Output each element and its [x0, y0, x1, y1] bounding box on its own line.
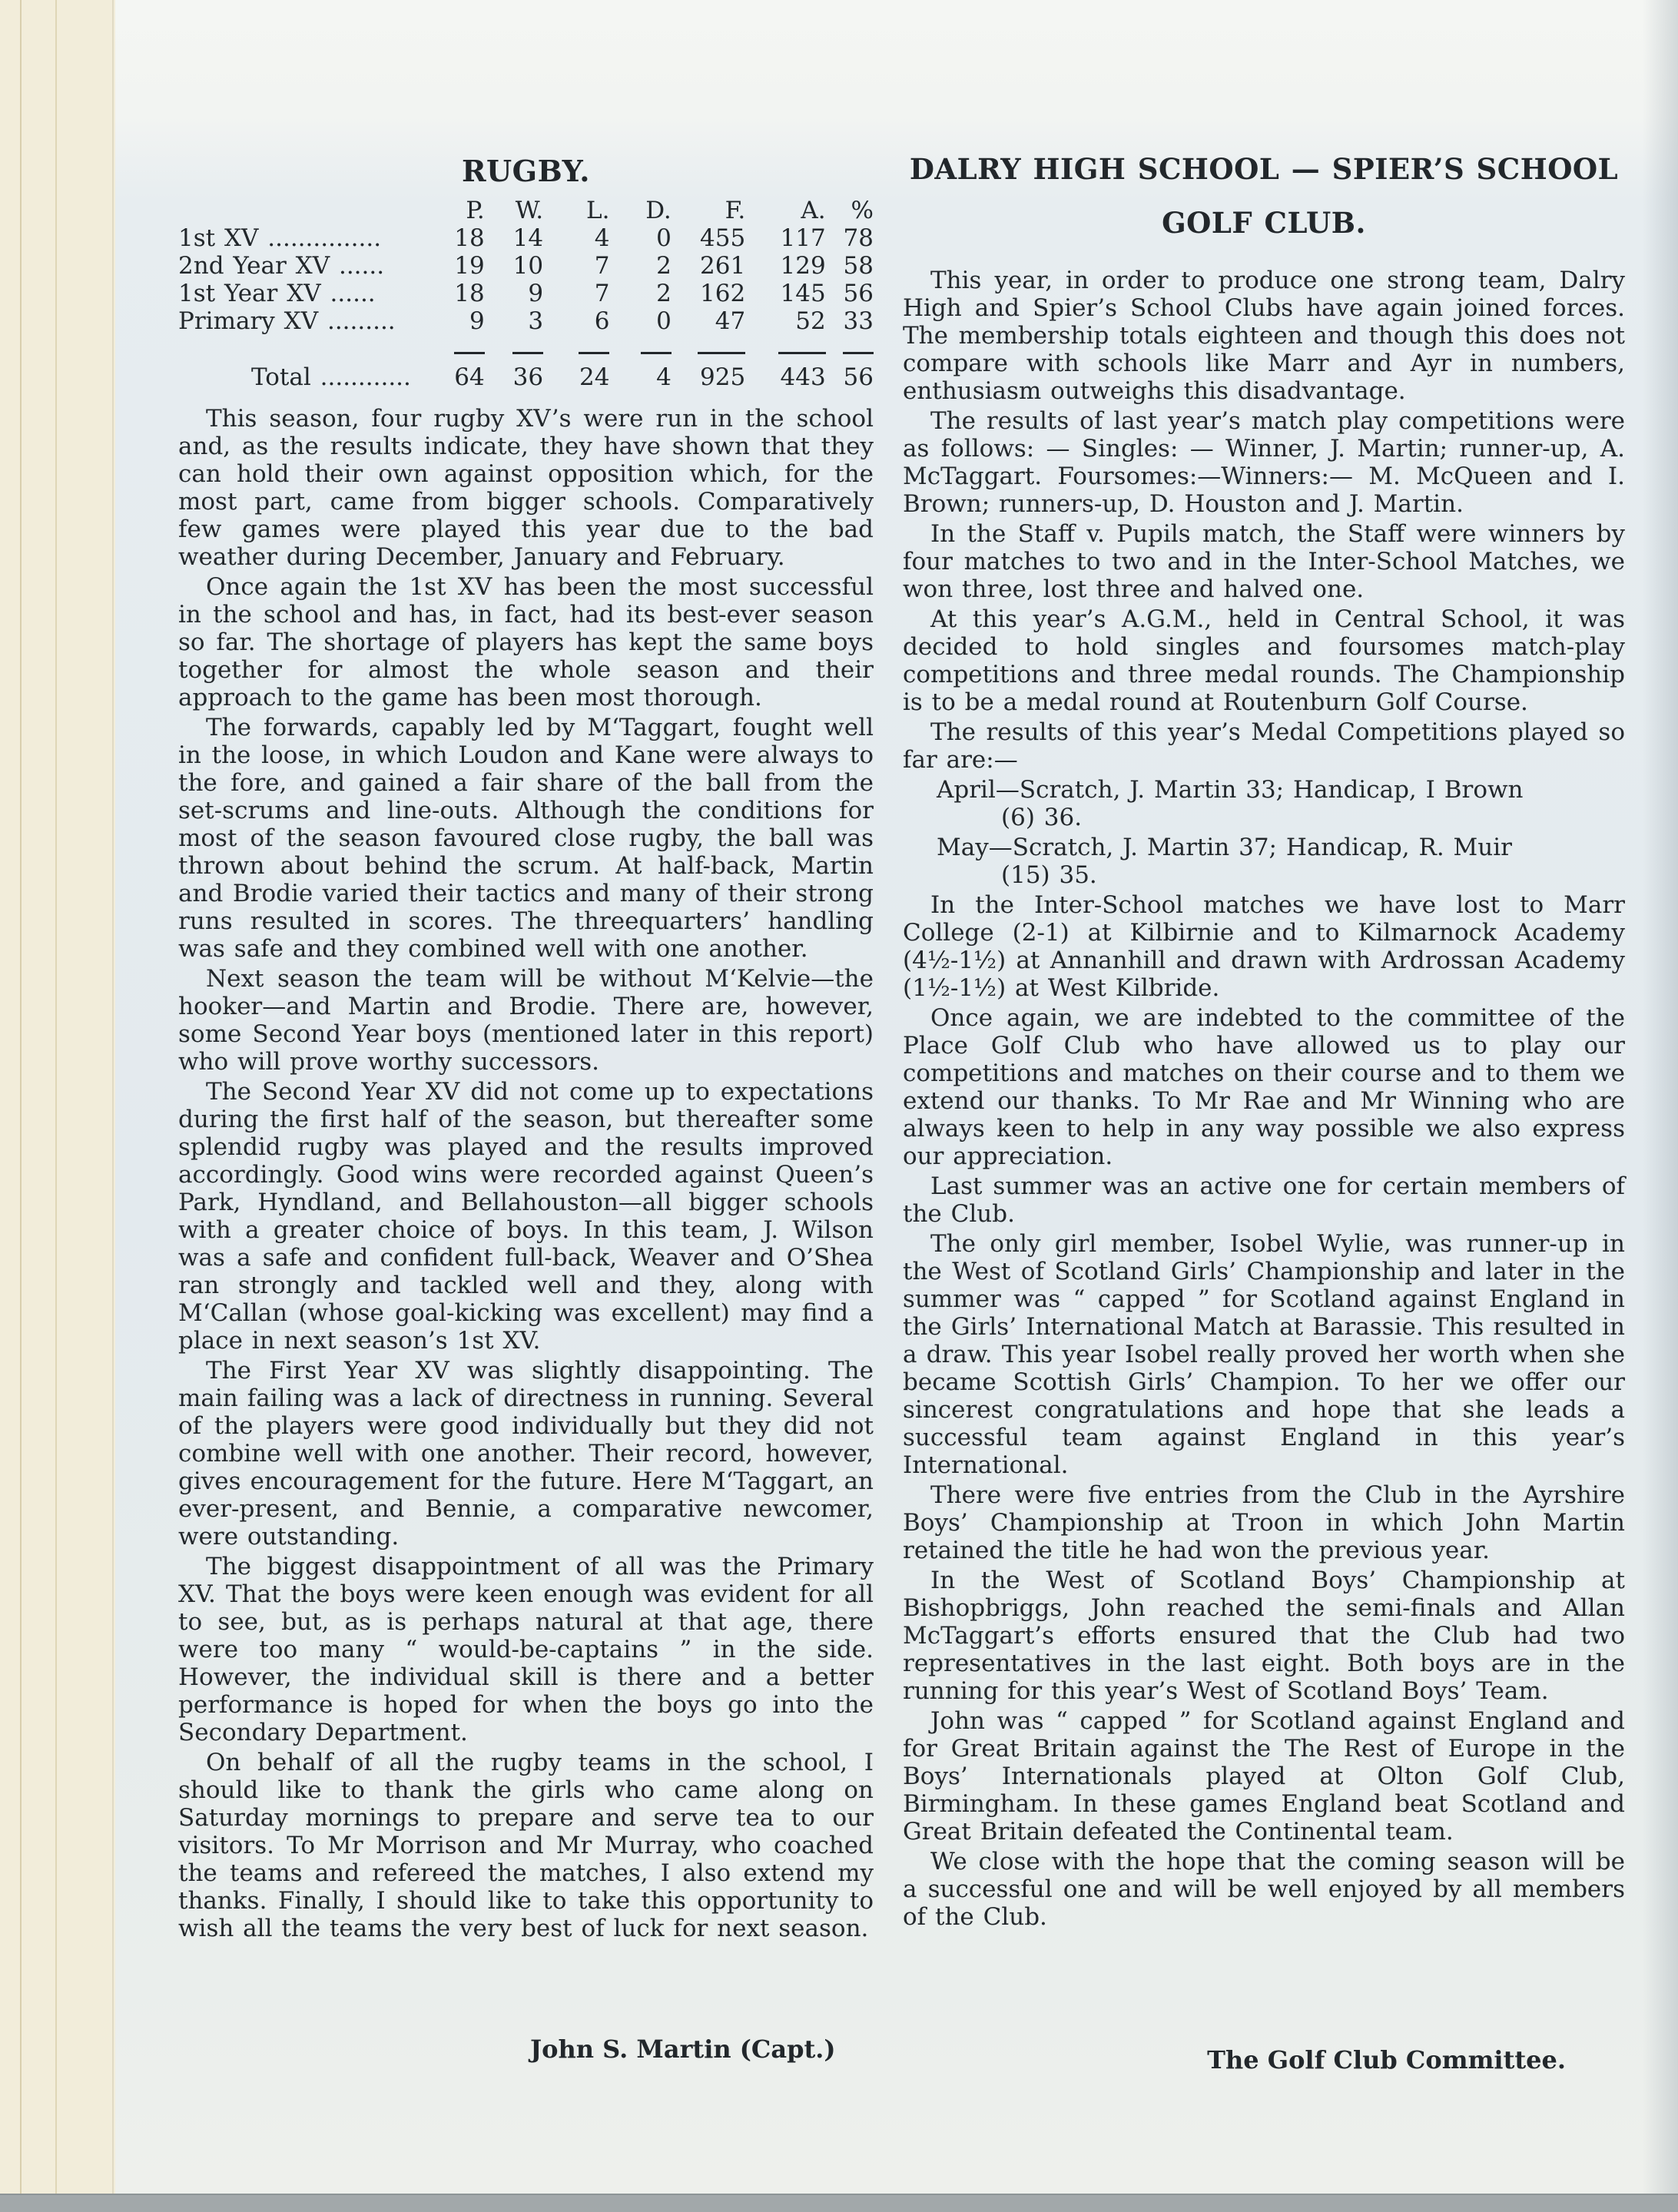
golf-paragraph: In the Staff v. Pupils match, the Staff … — [903, 520, 1625, 603]
page-edge-line — [112, 0, 114, 2212]
col-header-against: A. — [745, 197, 825, 224]
rugby-results-table: P. W. L. D. F. A. % 1st XV .............… — [178, 197, 874, 391]
cell: 261 — [672, 252, 745, 280]
golf-paragraph: Once again, we are indebted to the commi… — [903, 1004, 1625, 1170]
col-header-drawn: D. — [609, 197, 671, 224]
golf-signature: The Golf Club Committee. — [1207, 2045, 1566, 2074]
total-cell: 64 — [436, 354, 484, 391]
cell: 4 — [543, 224, 609, 252]
row-label: 1st Year XV ...... — [178, 280, 436, 307]
medal-entry: April—Scratch, J. Martin 33; Handicap, I… — [903, 776, 1625, 831]
golf-paragraph: This year, in order to produce one stron… — [903, 267, 1625, 405]
golf-article: DALRY HIGH SCHOOL — SPIER’S SCHOOLGOLF C… — [903, 142, 1625, 1933]
cell: 145 — [745, 280, 825, 307]
golf-paragraph: John was “ capped ” for Scotland against… — [903, 1707, 1625, 1846]
total-cell: 4 — [609, 354, 671, 391]
table-row: 1st XV ............... 18 14 4 0 455 117… — [178, 224, 874, 252]
golf-paragraph: The results of last year’s match play co… — [903, 407, 1625, 518]
table-row: 2nd Year XV ...... 19 10 7 2 261 129 58 — [178, 252, 874, 280]
rugby-heading: RUGBY. — [178, 154, 874, 189]
cell: 9 — [485, 280, 543, 307]
cell: 33 — [826, 307, 874, 335]
cell: 18 — [436, 224, 484, 252]
rugby-paragraph: The First Year XV was slightly disappoin… — [178, 1357, 874, 1550]
cell: 9 — [436, 307, 484, 335]
table-header-row: P. W. L. D. F. A. % — [178, 197, 874, 224]
rugby-paragraph: On behalf of all the rugby teams in the … — [178, 1749, 874, 1942]
cell: 78 — [826, 224, 874, 252]
cell: 0 — [609, 224, 671, 252]
medal-entry: May—Scratch, J. Martin 37; Handicap, R. … — [903, 834, 1625, 889]
sum-rule — [698, 352, 745, 354]
cell: 2 — [609, 252, 671, 280]
cell: 18 — [436, 280, 484, 307]
total-cell: 925 — [672, 354, 745, 391]
cell: 10 — [485, 252, 543, 280]
cell: 7 — [543, 280, 609, 307]
medal-result-april-score: (6) 36. — [903, 804, 1625, 831]
sum-rule — [454, 352, 485, 354]
golf-heading: DALRY HIGH SCHOOL — SPIER’S SCHOOLGOLF C… — [903, 142, 1625, 250]
sum-rule — [512, 352, 543, 354]
rugby-paragraph: The forwards, capably led by M‘Taggart, … — [178, 714, 874, 963]
cell: 129 — [745, 252, 825, 280]
medal-intro: The results of this year’s Medal Competi… — [903, 718, 1625, 774]
golf-paragraph: The only girl member, Isobel Wylie, was … — [903, 1230, 1625, 1479]
col-header-percent: % — [826, 197, 874, 224]
rugby-signature: John S. Martin (Capt.) — [530, 2035, 836, 2064]
scan-bottom-edge — [0, 2194, 1678, 2212]
golf-heading-line2: GOLF CLUB. — [1162, 206, 1366, 240]
col-header-won: W. — [485, 197, 543, 224]
col-header-played: P. — [436, 197, 484, 224]
cell: 117 — [745, 224, 825, 252]
col-header-lost: L. — [543, 197, 609, 224]
cell: 2 — [609, 280, 671, 307]
golf-paragraph: There were five entries from the Club in… — [903, 1481, 1625, 1564]
golf-heading-line1: DALRY HIGH SCHOOL — SPIER’S SCHOOL — [910, 152, 1618, 186]
page-edge-line — [20, 0, 22, 2212]
golf-paragraph: At this year’s A.G.M., held in Central S… — [903, 605, 1625, 716]
rugby-paragraph: Once again the 1st XV has been the most … — [178, 573, 874, 711]
cell: 7 — [543, 252, 609, 280]
rugby-paragraph: The biggest disappointment of all was th… — [178, 1553, 874, 1746]
cell: 3 — [485, 307, 543, 335]
cell: 6 — [543, 307, 609, 335]
col-header-for: F. — [672, 197, 745, 224]
cell: 47 — [672, 307, 745, 335]
rugby-paragraph: The Second Year XV did not come up to ex… — [178, 1078, 874, 1355]
row-label: 1st XV ............... — [178, 224, 436, 252]
cell: 19 — [436, 252, 484, 280]
total-label: Total ............ — [178, 354, 436, 391]
sum-rule — [843, 352, 874, 354]
cell: 162 — [672, 280, 745, 307]
table-header-spacer — [178, 197, 436, 224]
sum-rule — [641, 352, 672, 354]
rugby-article: RUGBY. P. W. L. D. F. A. % 1st XV ......… — [178, 154, 874, 1945]
table-total-row: Total ............ 64 36 24 4 925 443 56 — [178, 354, 874, 391]
table-row: 1st Year XV ...... 18 9 7 2 162 145 56 — [178, 280, 874, 307]
total-cell: 56 — [826, 354, 874, 391]
medal-result-may-score: (15) 35. — [903, 861, 1625, 889]
sum-rule — [778, 352, 826, 354]
golf-paragraph: In the Inter-School matches we have lost… — [903, 891, 1625, 1002]
medal-result-april: April—Scratch, J. Martin 33; Handicap, I… — [903, 776, 1625, 804]
table-row: Primary XV ......... 9 3 6 0 47 52 33 — [178, 307, 874, 335]
total-cell: 24 — [543, 354, 609, 391]
cell: 56 — [826, 280, 874, 307]
golf-paragraph: Last summer was an active one for certai… — [903, 1172, 1625, 1228]
table-rule-row — [178, 335, 874, 354]
page-right-shadow — [1643, 0, 1678, 2212]
cell: 14 — [485, 224, 543, 252]
medal-result-may: May—Scratch, J. Martin 37; Handicap, R. … — [903, 834, 1625, 861]
total-cell: 443 — [745, 354, 825, 391]
cell: 58 — [826, 252, 874, 280]
sum-rule — [579, 352, 609, 354]
row-label: 2nd Year XV ...... — [178, 252, 436, 280]
total-cell: 36 — [485, 354, 543, 391]
cell: 455 — [672, 224, 745, 252]
book-spine-edge — [0, 0, 115, 2212]
page-edge-line — [55, 0, 57, 2212]
golf-paragraph: We close with the hope that the coming s… — [903, 1848, 1625, 1931]
rugby-paragraph: This season, four rugby XV’s were run in… — [178, 405, 874, 571]
rugby-paragraph: Next season the team will be without M‘K… — [178, 965, 874, 1076]
cell: 0 — [609, 307, 671, 335]
row-label: Primary XV ......... — [178, 307, 436, 335]
golf-paragraph: In the West of Scotland Boys’ Championsh… — [903, 1567, 1625, 1705]
cell: 52 — [745, 307, 825, 335]
